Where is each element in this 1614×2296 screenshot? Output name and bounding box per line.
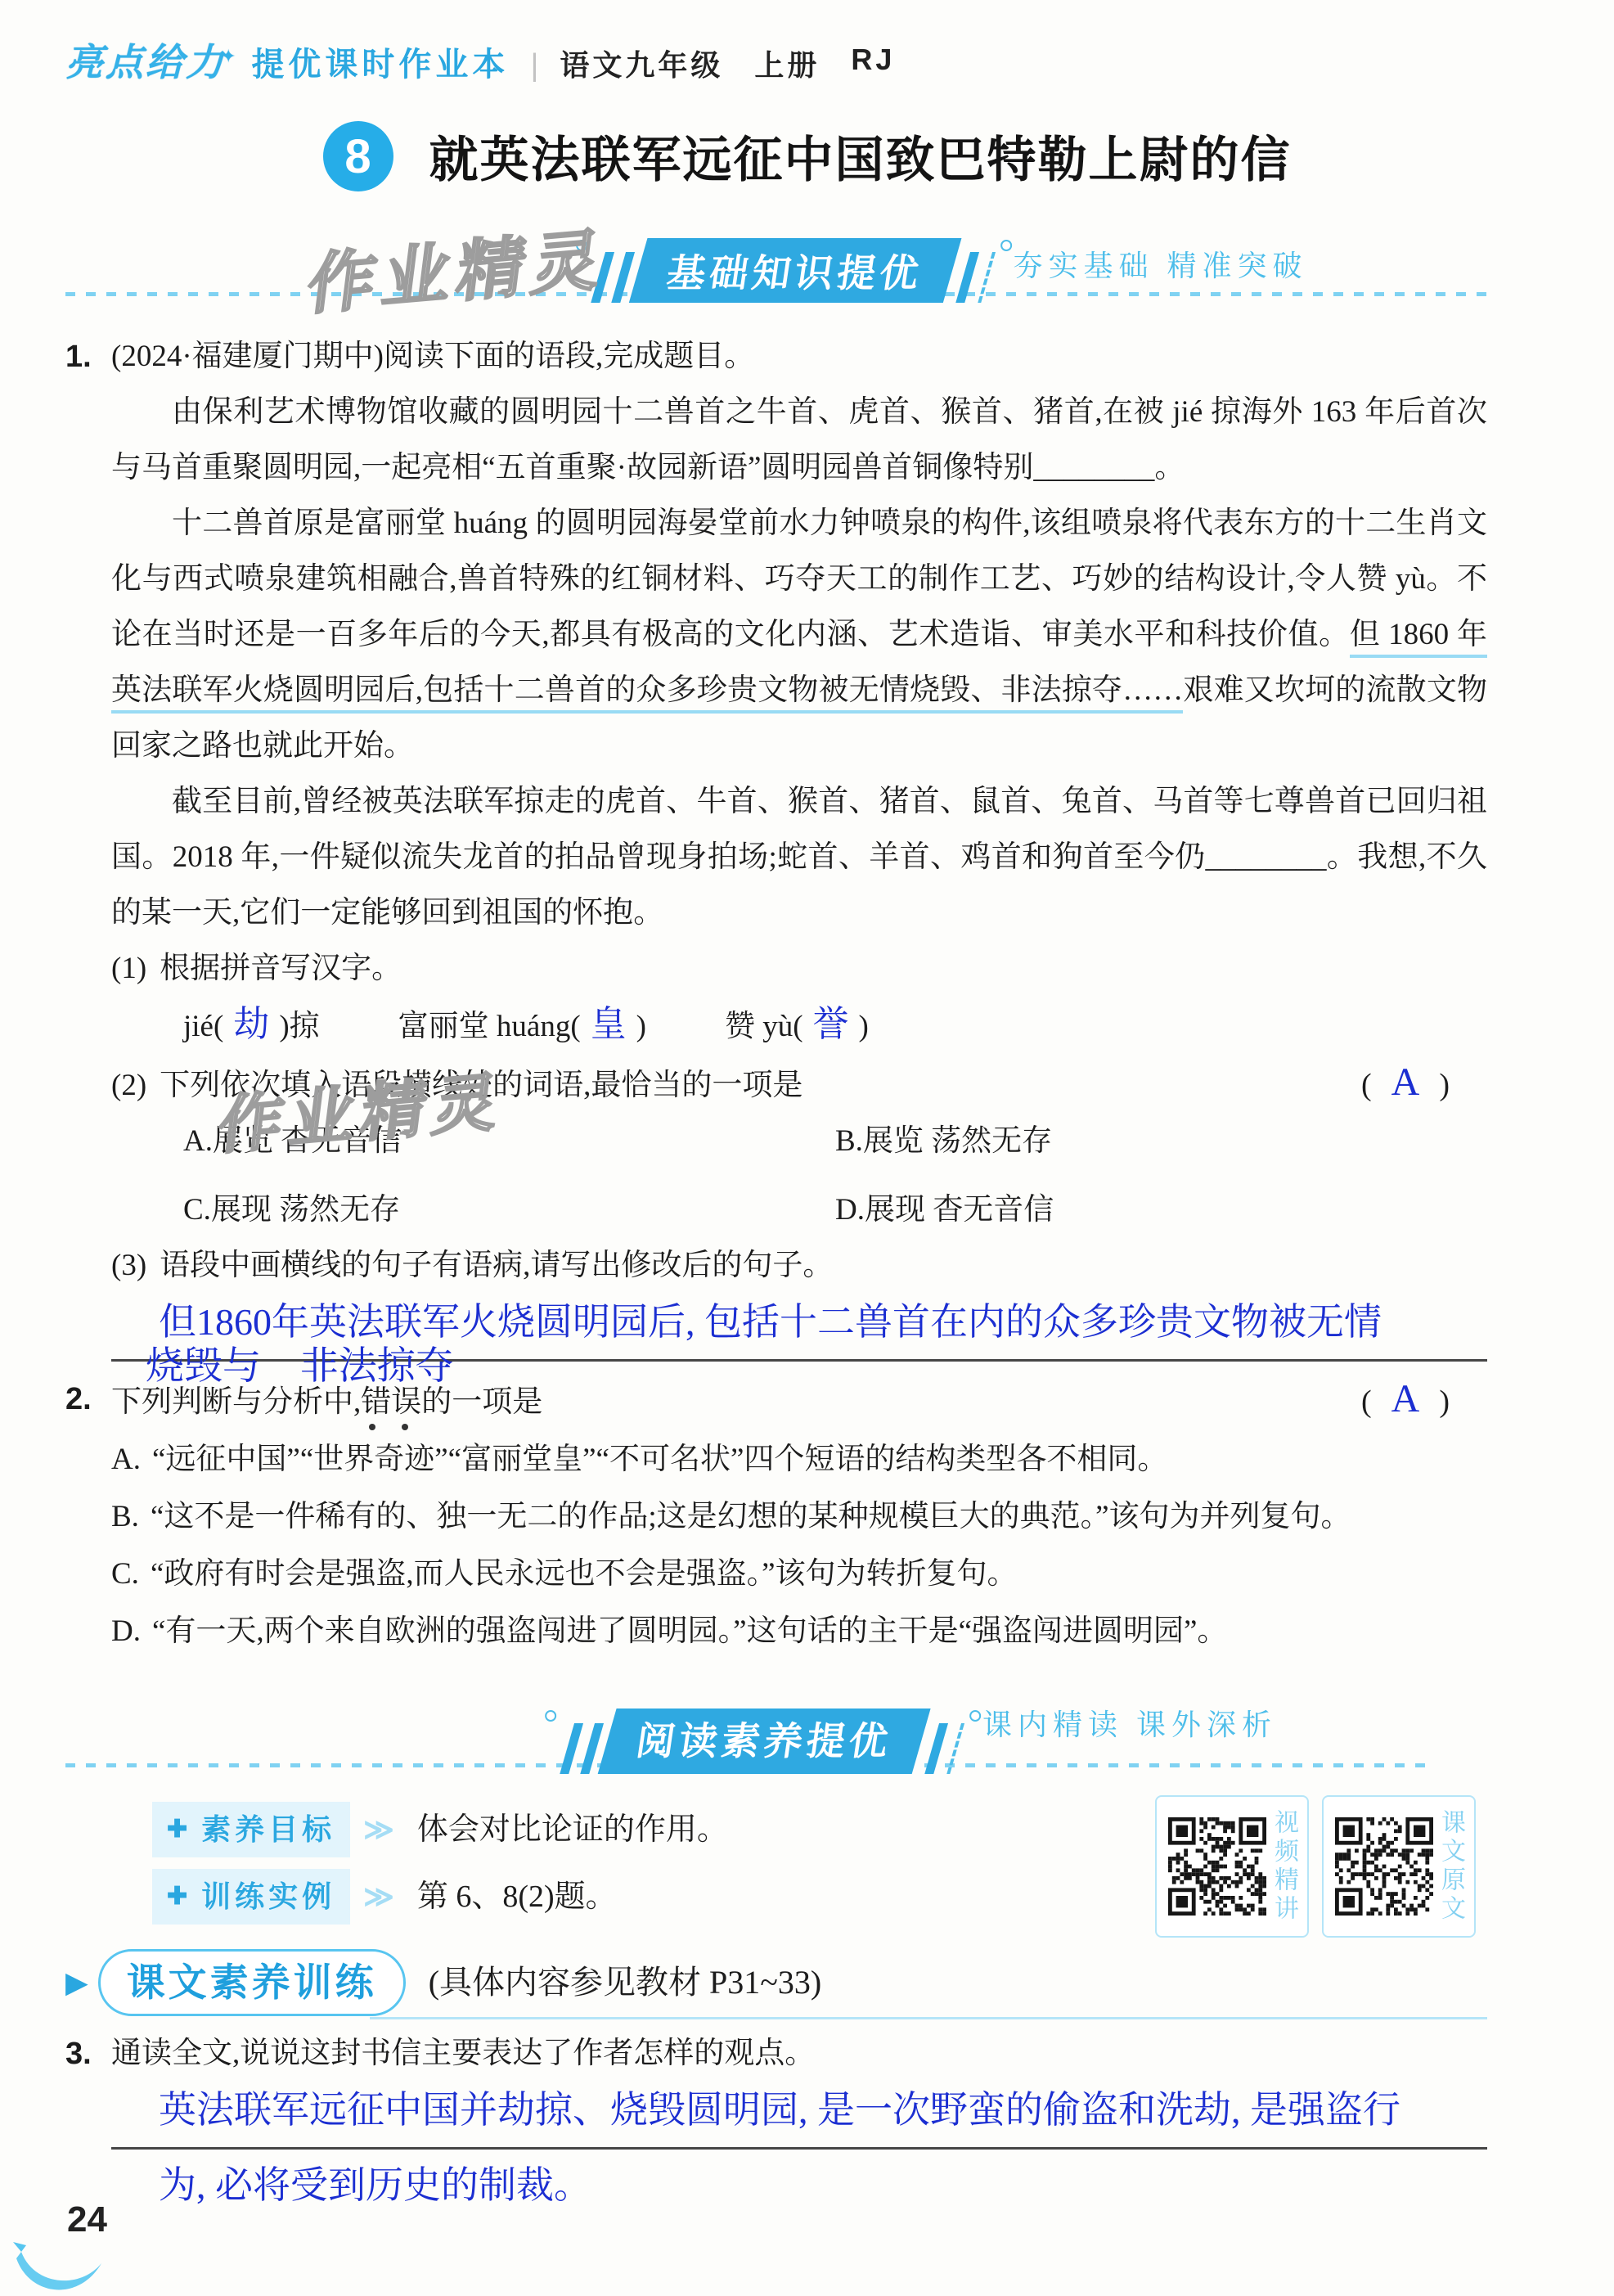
banner-slash-icon bbox=[955, 252, 979, 303]
header-divider: | bbox=[530, 48, 538, 83]
qr-code-video bbox=[1168, 1817, 1266, 1916]
pinyin-answer-row: jié(劫)掠 富丽堂 huáng(皇) 赞 yù(誉) bbox=[183, 997, 1487, 1055]
course-info: 语文九年级 上册 RJ bbox=[560, 43, 895, 84]
banner-slash-icon bbox=[591, 252, 614, 303]
banner-slash-icon bbox=[560, 1723, 583, 1774]
workbook-page: 亮点给力✦ 提优课时作业本 | 语文九年级 上册 RJ 8 就英法联军远征中国致… bbox=[0, 0, 1614, 2296]
choice-option: D.“有一天,两个来自欧洲的强盗闯进了圆明园。”这句话的主干是“强盗闯进圆明园”… bbox=[111, 1604, 1487, 1659]
question-number: 2. bbox=[65, 1371, 111, 1661]
triangle-icon: ▶ bbox=[65, 1955, 88, 2010]
question-number: 3. bbox=[65, 2026, 111, 2212]
content-column: 1. (2024·福建厦门期中)阅读下面的语段,完成题目。 由保利艺术博物馆收藏… bbox=[65, 329, 1487, 2212]
banner-tagline: 夯实基础 精准突破 bbox=[1014, 243, 1308, 285]
question-3: 3. 通读全文,说说这封书信主要表达了作者怎样的观点。 英法联军远征中国并劫掠、… bbox=[65, 2026, 1487, 2212]
question-stem: (2024·福建厦门期中)阅读下面的语段,完成题目。 bbox=[111, 329, 1487, 385]
banner-label: 阅读素养提优 bbox=[632, 1713, 896, 1769]
banner-label-box: 基础知识提优 bbox=[628, 238, 961, 303]
qr-code-group: 视频精讲 课文原文 bbox=[1155, 1795, 1476, 1938]
clover-icon: ✚ bbox=[167, 1872, 191, 1921]
answer-bracket: (A) bbox=[1361, 1055, 1450, 1113]
qr-box-video: 视频精讲 bbox=[1155, 1795, 1309, 1938]
course-subject: 语文九年级 bbox=[560, 43, 723, 84]
banner-dot-icon bbox=[969, 1710, 981, 1722]
banner-tagline: 课内精读 课外深析 bbox=[982, 1697, 1277, 1753]
choice-option: B.展览 荡然无存 bbox=[835, 1114, 1487, 1169]
banner-dot-icon bbox=[1000, 240, 1012, 251]
qr-label-video: 视频精讲 bbox=[1271, 1809, 1296, 1924]
choice-option: B.“这不是一件稀有的、独一无二的作品;这是幻想的某种规模巨大的典范。”该句为并… bbox=[111, 1489, 1487, 1545]
brand-logo: 亮点给力✦ bbox=[65, 33, 238, 87]
passage-paragraph-2: 十二兽首原是富丽堂 huáng 的圆明园海晏堂前水力钟喷泉的构件,该组喷泉将代表… bbox=[111, 496, 1487, 774]
banner-dash-icon bbox=[946, 1723, 964, 1774]
question-body: 下列判断与分析中,错误的一项是 (A) A.“远征中国”“世界奇迹”“富丽堂皇”… bbox=[111, 1371, 1487, 1661]
page-header: 亮点给力✦ 提优课时作业本 | 语文九年级 上册 RJ bbox=[65, 33, 895, 87]
question-1: 1. (2024·福建厦门期中)阅读下面的语段,完成题目。 由保利艺术博物馆收藏… bbox=[65, 329, 1487, 1362]
course-volume: 上册 bbox=[754, 43, 820, 84]
page-number: 24 bbox=[67, 2199, 107, 2240]
banner-shape: 基础知识提优 bbox=[571, 238, 1017, 303]
passage-paragraph-1: 由保利艺术博物馆收藏的圆明园十二兽首之牛首、虎首、猴首、猪首,在被 jié 掠海… bbox=[111, 385, 1487, 496]
section-banner-basic: 基础知识提优 夯实基础 精准突破 bbox=[0, 232, 1614, 303]
chevron-icon: ≫ bbox=[363, 1872, 394, 1921]
light-underline bbox=[370, 2017, 1487, 2019]
banner-dash-icon bbox=[978, 252, 996, 303]
practice-text: 第 6、8(2)题。 bbox=[417, 1872, 617, 1921]
question-body: 通读全文,说说这封书信主要表达了作者怎样的观点。 英法联军远征中国并劫掠、烧毁圆… bbox=[111, 2026, 1487, 2212]
pinyin-item: 富丽堂 huáng(皇) bbox=[398, 997, 646, 1055]
passage-paragraph-3: 截至目前,曾经被英法联军掠走的虎首、牛首、猴首、猪首、鼠首、兔首、马首等七尊兽首… bbox=[111, 774, 1487, 941]
objective-badge: ✚素养目标 bbox=[152, 1802, 350, 1857]
question-stem: 通读全文,说说这封书信主要表达了作者怎样的观点。 bbox=[111, 2026, 1487, 2082]
training-pill: 课文素养训练 bbox=[98, 1949, 406, 2016]
course-edition: RJ bbox=[851, 43, 895, 84]
answer-bracket: (A) bbox=[1361, 1371, 1450, 1429]
handwritten-answer-line: 为, 必将受到历史的制裁。 bbox=[111, 2159, 1487, 2212]
banner-label: 基础知识提优 bbox=[663, 243, 927, 298]
handwritten-answer: 劫 bbox=[223, 1004, 279, 1044]
goals-block: 视频精讲 课文原文 ✚素养目标 ≫ 体会对比论证的作用。 ✚训练实例 ≫ 第 6… bbox=[152, 1802, 1487, 1925]
sub-question-3: (3) 语段中画横线的句子有语病,请写出修改后的句子。 bbox=[111, 1238, 1487, 1294]
qr-box-text: 课文原文 bbox=[1322, 1795, 1476, 1938]
section-banner-reading: 阅读素养提优 课内精读 课外深析 bbox=[65, 1682, 1487, 1774]
question-number: 1. bbox=[65, 329, 111, 1362]
qr-label-text: 课文原文 bbox=[1438, 1809, 1463, 1924]
series-title: 提优课时作业本 bbox=[251, 38, 509, 85]
choice-option: A.“远征中国”“世界奇迹”“富丽堂皇”“不可名状”四个短语的结构类型各不相同。 bbox=[111, 1432, 1487, 1488]
choice-grid: 作业精灵 A.展览 杳无音信 B.展览 荡然无存 C.展现 荡然无存 D.展现 … bbox=[183, 1114, 1487, 1238]
lesson-number-badge: 8 bbox=[323, 121, 393, 191]
lesson-title: 就英法联军远征中国致巴特勒上尉的信 bbox=[429, 121, 1292, 191]
sub-question-1: (1) 根据拼音写汉字。 bbox=[111, 941, 1487, 997]
choice-option: C.“政府有时会是强盗,而人民永远也不会是强盗。”该句为转折复句。 bbox=[111, 1546, 1487, 1602]
pinyin-item: jié(劫)掠 bbox=[183, 997, 320, 1055]
handwritten-answer: 皇 bbox=[581, 1004, 636, 1044]
handwritten-answer-overlay: 烧毁与 非法掠夺 bbox=[146, 1339, 454, 1394]
chevron-icon: ≫ bbox=[363, 1805, 394, 1854]
pinyin-item: 赞 yù(誉) bbox=[725, 997, 869, 1055]
choice-option: C.展现 荡然无存 bbox=[183, 1182, 835, 1238]
question-body: (2024·福建厦门期中)阅读下面的语段,完成题目。 由保利艺术博物馆收藏的圆明… bbox=[111, 329, 1487, 1362]
banner-label-box: 阅读素养提优 bbox=[598, 1708, 931, 1774]
question-2: 烧毁与 非法掠夺 2. 下列判断与分析中,错误的一项是 (A) A.“远征中国”… bbox=[65, 1371, 1487, 1661]
handwritten-answer-line: 英法联军远征中国并劫掠、烧毁圆明园, 是一次野蛮的偷盗和洗劫, 是强盗行 bbox=[111, 2085, 1487, 2150]
banner-slash-icon bbox=[924, 1723, 948, 1774]
banner-shape: 阅读素养提优 bbox=[540, 1708, 986, 1774]
banner-dot-icon bbox=[576, 240, 587, 251]
handwritten-answer: A bbox=[1391, 1060, 1420, 1104]
clover-icon: ✚ bbox=[167, 1805, 191, 1854]
practice-badge: ✚训练实例 bbox=[152, 1869, 350, 1925]
sub-question-2: (2)下列依次填入语段横线处的词语,最恰当的一项是 (A) bbox=[111, 1055, 1487, 1114]
choice-option: D.展现 杳无音信 bbox=[835, 1182, 1487, 1238]
fill-blank: ________ bbox=[1205, 840, 1326, 874]
objective-text: 体会对比论证的作用。 bbox=[417, 1805, 728, 1854]
handwritten-answer: 誉 bbox=[803, 1004, 859, 1044]
star-icon: ✦ bbox=[221, 46, 238, 66]
handwritten-answer: A bbox=[1391, 1377, 1420, 1420]
qr-code-text bbox=[1335, 1817, 1433, 1916]
choice-option: A.展览 杳无音信 bbox=[183, 1114, 835, 1169]
training-row: ▶ 课文素养训练 (具体内容参见教材 P31~33) bbox=[65, 1949, 1487, 2016]
fill-blank: ________ bbox=[1033, 451, 1154, 484]
lesson-title-row: 8 就英法联军远征中国致巴特勒上尉的信 bbox=[0, 121, 1614, 191]
banner-dot-icon bbox=[545, 1710, 556, 1722]
training-note: (具体内容参见教材 P31~33) bbox=[429, 1955, 822, 2010]
